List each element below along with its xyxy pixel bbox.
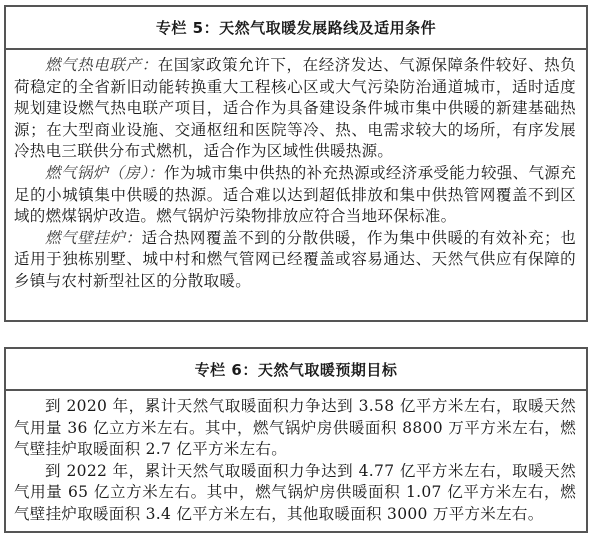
column-box-5-header: 专栏 5：天然气取暖发展路线及适用条件 bbox=[6, 7, 586, 50]
paragraph-wall-hung-boiler: 燃气壁挂炉：适合热网覆盖不到的分散供暖，作为集中供暖的有效补充；也适用于独栋别墅… bbox=[14, 228, 576, 293]
column-box-5-title: 专栏 5：天然气取暖发展路线及适用条件 bbox=[156, 17, 436, 38]
column-box-6-header: 专栏 6：天然气取暖预期目标 bbox=[6, 349, 586, 391]
column-box-5: 专栏 5：天然气取暖发展路线及适用条件 燃气热电联产：在国家政策允许下，在经济发… bbox=[4, 5, 588, 322]
column-box-5-body: 燃气热电联产：在国家政策允许下，在经济发达、气源保障条件较好、热负荷稳定的全省新… bbox=[6, 50, 586, 293]
paragraph-lead: 燃气热电联产： bbox=[45, 56, 158, 74]
paragraph-gas-boiler: 燃气锅炉（房）：作为城市集中供热的补充热源或经济承受能力较强、气源充足的小城镇集… bbox=[14, 163, 576, 228]
paragraph-target-2022: 到 2022 年，累计天然气取暖面积力争达到 4.77 亿平方米左右，取暖天然气… bbox=[14, 461, 576, 526]
paragraph-gas-chp: 燃气热电联产：在国家政策允许下，在经济发达、气源保障条件较好、热负荷稳定的全省新… bbox=[14, 55, 576, 163]
paragraph-target-2020: 到 2020 年，累计天然气取暖面积力争达到 3.58 亿平方米左右，取暖天然气… bbox=[14, 396, 576, 461]
column-box-6-title: 专栏 6：天然气取暖预期目标 bbox=[195, 359, 398, 380]
paragraph-lead: 燃气壁挂炉： bbox=[45, 229, 142, 247]
paragraph-lead: 燃气锅炉（房）： bbox=[45, 164, 164, 182]
column-box-6: 专栏 6：天然气取暖预期目标 到 2020 年，累计天然气取暖面积力争达到 3.… bbox=[4, 347, 588, 533]
column-box-6-body: 到 2020 年，累计天然气取暖面积力争达到 3.58 亿平方米左右，取暖天然气… bbox=[6, 391, 586, 526]
